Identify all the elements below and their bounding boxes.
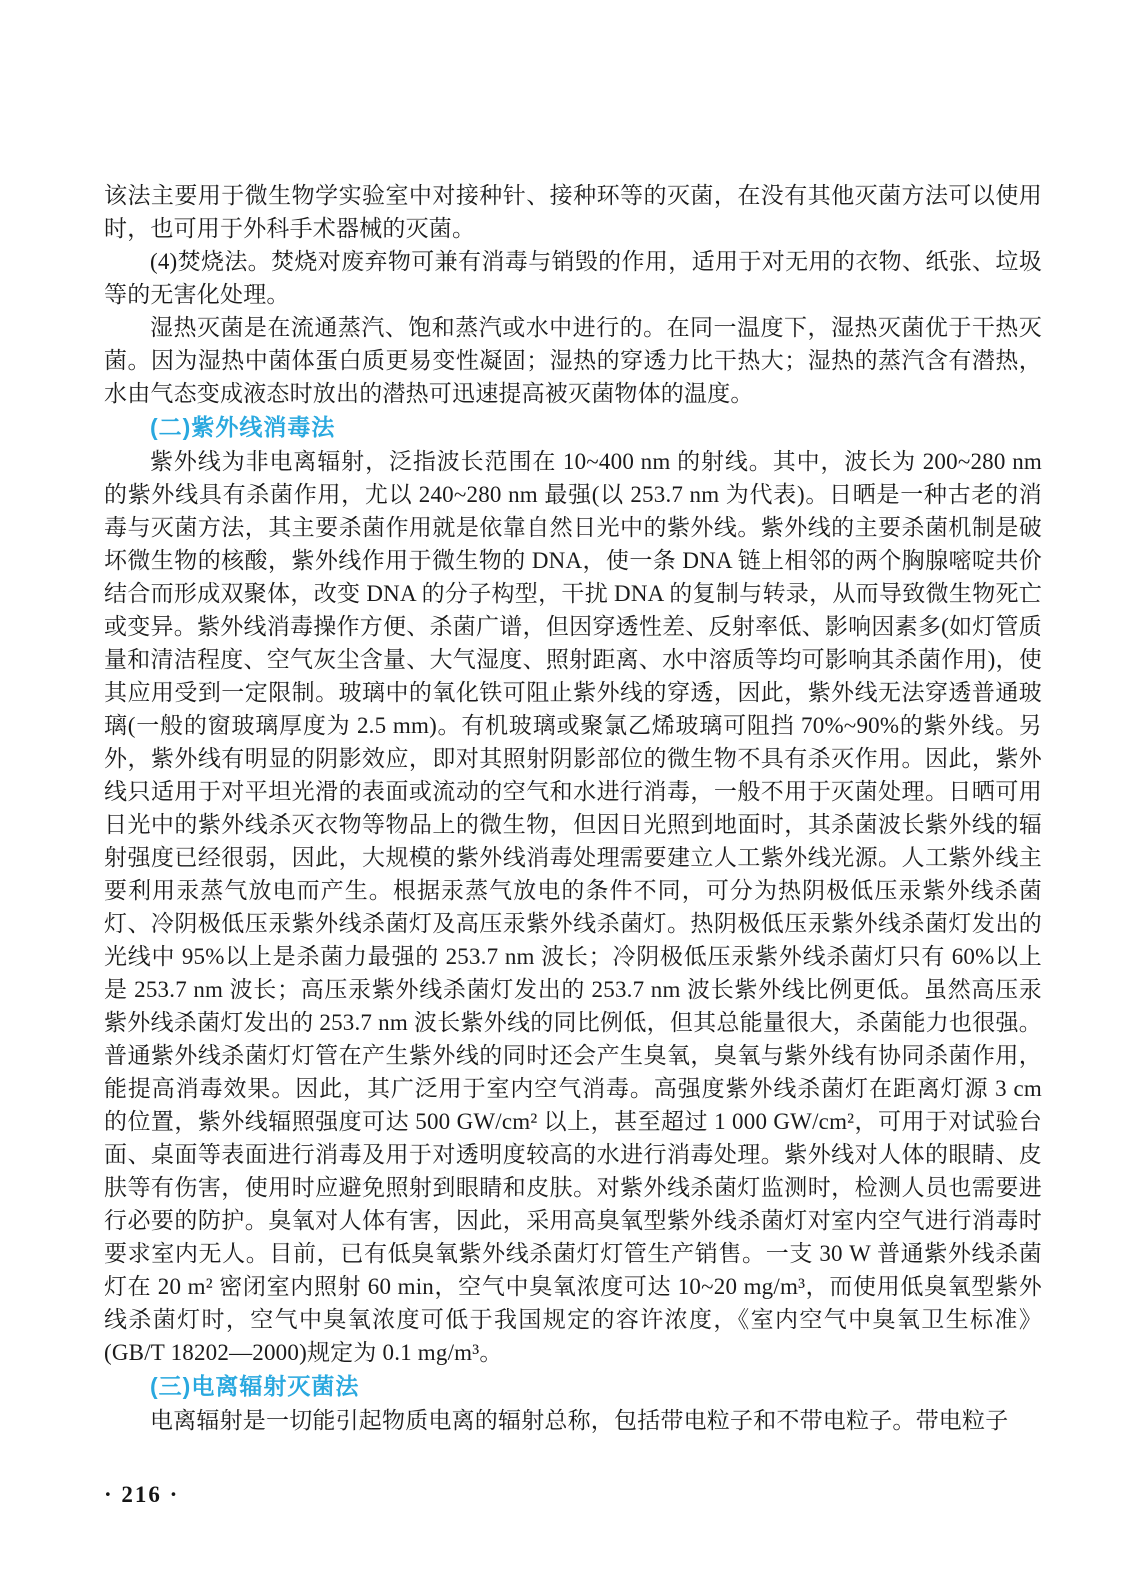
paragraph-flaming-method-continued: 该法主要用于微生物学实验室中对接种针、接种环等的灭菌，在没有其他灭菌方法可以使用… (104, 179, 1042, 245)
paragraph-ionizing-radiation: 电离辐射是一切能引起物质电离的辐射总称，包括带电粒子和不带电粒子。带电粒子 (104, 1404, 1042, 1437)
paragraph-moist-heat-sterilization: 湿热灭菌是在流通蒸汽、饱和蒸汽或水中进行的。在同一温度下，湿热灭菌优于干热灭菌。… (104, 311, 1042, 410)
paragraph-incineration-method: (4)焚烧法。焚烧对废弃物可兼有消毒与销毁的作用，适用于对无用的衣物、纸张、垃圾… (104, 245, 1042, 311)
paragraph-uv-disinfection: 紫外线为非电离辐射，泛指波长范围在 10~400 nm 的射线。其中，波长为 2… (104, 445, 1042, 1369)
section-heading-uv-disinfection: (二)紫外线消毒法 (104, 412, 1042, 443)
page-text-block: 该法主要用于微生物学实验室中对接种针、接种环等的灭菌，在没有其他灭菌方法可以使用… (104, 179, 1042, 1437)
section-heading-ionizing-radiation-sterilization: (三)电离辐射灭菌法 (104, 1371, 1042, 1402)
document-page: 该法主要用于微生物学实验室中对接种针、接种环等的灭菌，在没有其他灭菌方法可以使用… (0, 0, 1127, 1570)
page-number: · 216 · (104, 1483, 179, 1506)
